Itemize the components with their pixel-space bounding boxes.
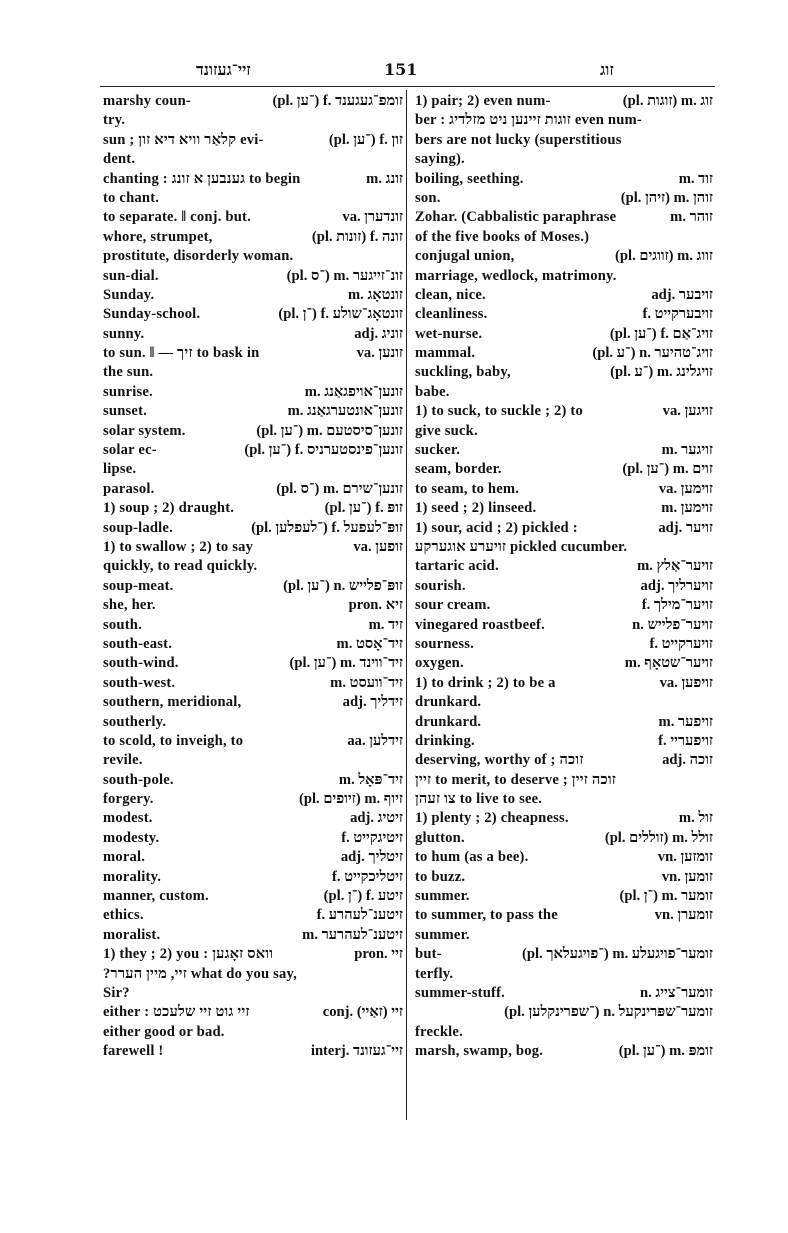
entry-continuation: either good or bad. — [103, 1023, 403, 1042]
dictionary-entry: south-wind.זיד־ווינד .m (־ען .pl) — [103, 654, 403, 673]
entry-continuation: ber : זוגות זיינען ניט מזלדיג even num- — [415, 111, 713, 130]
entry-headword: זיטע .f (־ן .pl) — [324, 887, 403, 906]
dictionary-entry: deserving, worthy of ; זוכהזוכה .adj — [415, 751, 713, 770]
continuation-text: זיין to merit, to deserve ; זוכה זיין — [415, 771, 616, 790]
entry-headword: זוים .m (־ען .pl) — [622, 460, 713, 479]
entry-definition: son. — [415, 189, 441, 208]
dictionary-entry: mammal.זויג־טהיער .n (־ע .pl) — [415, 344, 713, 363]
entry-continuation: ?זיי, מיין הערר what do you say, — [103, 965, 403, 984]
dictionary-entry: to buzz.זומען .vn — [415, 868, 713, 887]
entry-definition: manner, custom. — [103, 887, 209, 906]
dictionary-entry: 1) to swallow ; 2) to sayזופען .va — [103, 538, 403, 557]
entry-headword: זונטאָג .m — [348, 286, 403, 305]
continuation-text: freckle. — [415, 1023, 463, 1042]
entry-definition: glutton. — [415, 829, 465, 848]
continuation-text: give suck. — [415, 422, 478, 441]
dictionary-entry: but-זומער־פויגעלע .m (־פויגעלאך .pl) — [415, 945, 713, 964]
entry-definition: summer-stuff. — [415, 984, 505, 1003]
dictionary-entry: drinking.זויפעריי .f — [415, 732, 713, 751]
entry-continuation: of the five books of Moses.) — [415, 228, 713, 247]
continuation-text: bers are not lucky (superstitious — [415, 131, 622, 150]
entry-headword: זויפען .va — [660, 674, 713, 693]
entry-headword: זוימען .va — [659, 480, 713, 499]
entry-headword: זויבער .adj — [651, 286, 713, 305]
dictionary-entry: sunny.זוניג .adj — [103, 325, 403, 344]
entry-definition: suckling, baby, — [415, 363, 511, 382]
entry-headword: זויער־מילך .f — [642, 596, 713, 615]
entry-headword: זויפעריי .f — [658, 732, 713, 751]
dictionary-entry: 1) to suck, to suckle ; 2) toזויגען .va — [415, 402, 713, 421]
dictionary-entry: vinegared roastbeef.זויער־פלייש .n — [415, 616, 713, 635]
entry-headword: זוהן .m (זיהן .pl) — [621, 189, 713, 208]
dictionary-entry: sourness.זויערקייט .f — [415, 635, 713, 654]
dictionary-entry: suckling, baby,זויגלינג .m (־ע .pl) — [415, 363, 713, 382]
dictionary-entry: tartaric acid.זויער־אַלץ .m — [415, 557, 713, 576]
dictionary-entry: parasol.זונען־שירם .m (־ס .pl) — [103, 480, 403, 499]
dictionary-entry: sunrise.זונען־אויפגאַנג .m — [103, 383, 403, 402]
entry-headword: זומערן .vn — [655, 906, 713, 925]
dictionary-entry: clean, nice.זויבער .adj — [415, 286, 713, 305]
dictionary-entry: forgery.זיוף .m (זיופים .pl) — [103, 790, 403, 809]
entry-continuation: southerly. — [103, 713, 403, 732]
entry-headword: זונדערן .va — [342, 208, 403, 227]
entry-headword: זונען .va — [357, 344, 403, 363]
entry-continuation: זיין to merit, to deserve ; זוכה זיין — [415, 771, 713, 790]
dictionary-entry: sucker.זויגער .m — [415, 441, 713, 460]
dictionary-entry: south-pole.זיד־פּאָל .m — [103, 771, 403, 790]
entry-definition: but- — [415, 945, 442, 964]
entry-definition: she, her. — [103, 596, 156, 615]
entry-headword: זויגער .m — [662, 441, 713, 460]
entry-definition: drinking. — [415, 732, 475, 751]
entry-definition: to buzz. — [415, 868, 465, 887]
dictionary-entry: Zohar. (Cabbalistic paraphraseזוהר .m — [415, 208, 713, 227]
entry-headword: זול .m — [679, 809, 713, 828]
entry-definition: sucker. — [415, 441, 460, 460]
entry-definition: Zohar. (Cabbalistic paraphrase — [415, 208, 616, 227]
entry-headword: זומער־פויגעלע .m (־פויגעלאך .pl) — [522, 945, 713, 964]
entry-definition: drunkard. — [415, 713, 481, 732]
entry-headword: זונג .m — [366, 170, 403, 189]
dictionary-entry: wet-nurse.זויג־אַם .f (־ען .pl) — [415, 325, 713, 344]
entry-continuation: drunkard. — [415, 693, 713, 712]
dictionary-entry: soup-ladle.זופּ־לעפעל .f (־לעפלען .pl) — [103, 519, 403, 538]
dictionary-entry: oxygen.זויער־שטאָף .m — [415, 654, 713, 673]
entry-definition: to separate. ‖ conj. but. — [103, 208, 251, 227]
entry-headword: זווג .m (זווגים .pl) — [615, 247, 713, 266]
dictionary-entry: sun ; קלאַר וויא דיא זון evi-זון .f (־ען… — [103, 131, 403, 150]
right-guide-word: זוג — [600, 60, 614, 80]
dictionary-entry: seam, border.זוים .m (־ען .pl) — [415, 460, 713, 479]
entry-headword: זומען .vn — [662, 868, 713, 887]
entry-headword: זון .f (־ען .pl) — [329, 131, 403, 150]
entry-headword: זופען .va — [353, 538, 403, 557]
entry-definition: Sunday. — [103, 286, 154, 305]
entry-headword: זויער .adj — [658, 519, 713, 538]
entry-definition: farewell ! — [103, 1042, 163, 1061]
entry-definition: to scold, to inveigh, to — [103, 732, 243, 751]
entry-continuation: saying). — [415, 150, 713, 169]
entry-continuation: lipse. — [103, 460, 403, 479]
entry-definition: 1) plenty ; 2) cheapness. — [415, 809, 569, 828]
dictionary-entry: morality.זיטליכקייט .f — [103, 868, 403, 887]
dictionary-entry: either : זיי גוט זיי שלעכטזיי (זאַיי) .c… — [103, 1003, 403, 1022]
entry-definition: to seam, to hem. — [415, 480, 519, 499]
dictionary-entry: moralist.זיטענ־לעהרער .m — [103, 926, 403, 945]
entry-definition: 1) seed ; 2) linseed. — [415, 499, 536, 518]
dictionary-entry: chanting : גענבען א זונג to beginזונג .m — [103, 170, 403, 189]
dictionary-entry: boiling, seething.זוד .m — [415, 170, 713, 189]
entry-definition: wet-nurse. — [415, 325, 482, 344]
entry-headword: זיטיג .adj — [350, 809, 403, 828]
entry-headword: זומער־שפּרינקעל .n (־שפרינקלען .pl) — [504, 1003, 713, 1022]
entry-continuation: give suck. — [415, 422, 713, 441]
dictionary-entry: marshy coun-זומפ־געגענד .f (־ען .pl) — [103, 92, 403, 111]
entry-continuation: זויערע אוגערקע pickled cucumber. — [415, 538, 713, 557]
entry-headword: זויג־אַם .f (־ען .pl) — [610, 325, 713, 344]
entry-headword: זופּ־פלייש .n (־ען .pl) — [283, 577, 403, 596]
entry-headword: זיטענ־לעהרע .f — [317, 906, 403, 925]
dictionary-entry: to sun. ‖ — זיך to bask inזונען .va — [103, 344, 403, 363]
dictionary-entry: solar ec-זונען־פינסטערניס .f (־ען .pl) — [103, 441, 403, 460]
entry-headword: זידלען .aa — [347, 732, 403, 751]
dictionary-entry: conjugal union,זווג .m (זווגים .pl) — [415, 247, 713, 266]
entry-definition: sourish. — [415, 577, 466, 596]
entry-definition: forgery. — [103, 790, 154, 809]
entry-headword: זוניג .adj — [354, 325, 403, 344]
entry-headword: זויג־טהיער .n (־ע .pl) — [592, 344, 713, 363]
entry-definition: Sunday-school. — [103, 305, 200, 324]
entry-headword: זיי .pron — [354, 945, 403, 964]
dictionary-entry: 1) sour, acid ; 2) pickled :זויער .adj — [415, 519, 713, 538]
continuation-text: saying). — [415, 150, 465, 169]
entry-definition: 1) to drink ; 2) to be a — [415, 674, 556, 693]
entry-headword: זומער .m (־ן .pl) — [619, 887, 713, 906]
dictionary-entry: 1) soup ; 2) draught.זופּ .f (־ען .pl) — [103, 499, 403, 518]
dictionary-entry: south.זיד .m — [103, 616, 403, 635]
dictionary-entry: southern, meridional,זידליך .adj — [103, 693, 403, 712]
entry-headword: זופּ־לעפעל .f (־לעפלען .pl) — [251, 519, 403, 538]
entry-headword: זיטיגקייט .f — [341, 829, 403, 848]
dictionary-entry: summer.זומער .m (־ן .pl) — [415, 887, 713, 906]
entry-headword: זויער־אַלץ .m — [637, 557, 713, 576]
dictionary-entry: 1) to drink ; 2) to be aזויפען .va — [415, 674, 713, 693]
entry-definition: whore, strumpet, — [103, 228, 213, 247]
entry-headword: זונען־סיסטעם .m (־ען .pl) — [256, 422, 403, 441]
entry-headword: זוכה .adj — [662, 751, 713, 770]
entry-definition: south-wind. — [103, 654, 179, 673]
dictionary-entry: modesty.זיטיגקייט .f — [103, 829, 403, 848]
entry-definition: modesty. — [103, 829, 159, 848]
entry-headword: זויבערקייט .f — [642, 305, 713, 324]
continuation-text: of the five books of Moses.) — [415, 228, 589, 247]
entry-definition: soup-ladle. — [103, 519, 173, 538]
entry-definition: to summer, to pass the — [415, 906, 558, 925]
continuation-text: terfly. — [415, 965, 453, 984]
entry-headword: זוימען .m — [661, 499, 713, 518]
continuation-text: revile. — [103, 751, 143, 770]
entry-headword: זונ־זייגער .m (־ס .pl) — [287, 267, 403, 286]
entry-headword: זומער־צייג .n — [640, 984, 713, 1003]
entry-definition: sunrise. — [103, 383, 153, 402]
entry-definition: tartaric acid. — [415, 557, 499, 576]
entry-definition: 1) sour, acid ; 2) pickled : — [415, 519, 578, 538]
entry-definition: to hum (as a bee). — [415, 848, 528, 867]
continuation-text: prostitute, disorderly woman. — [103, 247, 293, 266]
entry-continuation: terfly. — [415, 965, 713, 984]
entry-definition: sun ; קלאַר וויא דיא זון evi- — [103, 131, 264, 150]
continuation-text: babe. — [415, 383, 450, 402]
dictionary-entry: south-east.זיד־אָסט .m — [103, 635, 403, 654]
dictionary-entry: to separate. ‖ conj. but.זונדערן .va — [103, 208, 403, 227]
dictionary-entry: summer-stuff.זומער־צייג .n — [415, 984, 713, 1003]
entry-definition: marsh, swamp, bog. — [415, 1042, 543, 1061]
entry-headword: זומזען .vn — [658, 848, 713, 867]
continuation-text: Sir? — [103, 984, 130, 1003]
dictionary-entry: Sunday-school.זונטאָג־שולע .f (־ן .pl) — [103, 305, 403, 324]
entry-headword: זונען־פינסטערניס .f (־ען .pl) — [244, 441, 403, 460]
continuation-text: try. — [103, 111, 125, 130]
dictionary-entry: 1) pair; 2) even num-זוג .m (זוגות .pl) — [415, 92, 713, 111]
dictionary-entry: Sunday.זונטאָג .m — [103, 286, 403, 305]
entry-headword: זויגלינג .m (־ע .pl) — [610, 363, 713, 382]
entry-headword: זיד־אָסט .m — [337, 635, 403, 654]
entry-headword: זוג .m (זוגות .pl) — [623, 92, 713, 111]
entry-definition: 1) to swallow ; 2) to say — [103, 538, 253, 557]
entry-definition: modest. — [103, 809, 153, 828]
dictionary-entry: 1) seed ; 2) linseed.זוימען .m — [415, 499, 713, 518]
left-column: marshy coun-זומפ־געגענד .f (־ען .pl)try.… — [103, 92, 403, 1062]
dictionary-entry: farewell !זיי־געזונד .interj — [103, 1042, 403, 1061]
entry-definition: summer. — [415, 887, 470, 906]
entry-definition: south-pole. — [103, 771, 174, 790]
left-guide-word: זיי־געזונד — [196, 60, 251, 80]
entry-headword: זויער־פלייש .n — [632, 616, 713, 635]
entry-headword: זונען־שירם .m (־ס .pl) — [276, 480, 403, 499]
page-header: זיי־געזונד 151 זוג — [100, 58, 715, 87]
entry-continuation: bers are not lucky (superstitious — [415, 131, 713, 150]
entry-headword: זיטליך .adj — [341, 848, 403, 867]
entry-headword: זוד .m — [679, 170, 713, 189]
entry-definition: to sun. ‖ — זיך to bask in — [103, 344, 259, 363]
entry-headword: זופּ .f (־ען .pl) — [325, 499, 403, 518]
entry-headword: זיד־ווינד .m (־ען .pl) — [290, 654, 403, 673]
entry-definition: south-west. — [103, 674, 175, 693]
entry-definition: 1) to suck, to suckle ; 2) to — [415, 402, 583, 421]
dictionary-entry: 1) they ; 2) you : וואס זאָגעןזיי .pron — [103, 945, 403, 964]
continuation-text: ?זיי, מיין הערר what do you say, — [103, 965, 297, 984]
entry-definition: soup-meat. — [103, 577, 174, 596]
dictionary-entry: cleanliness.זויבערקייט .f — [415, 305, 713, 324]
entry-definition: 1) pair; 2) even num- — [415, 92, 551, 111]
entry-definition: solar ec- — [103, 441, 157, 460]
entry-definition: 1) they ; 2) you : וואס זאָגען — [103, 945, 273, 964]
dictionary-entry: glutton.זולל .m (זוללים .pl) — [415, 829, 713, 848]
entry-definition: chanting : גענבען א זונג to begin — [103, 170, 301, 189]
entry-definition: vinegared roastbeef. — [415, 616, 545, 635]
entry-definition: morality. — [103, 868, 161, 887]
entry-continuation: summer. — [415, 926, 713, 945]
entry-headword: זיטליכקייט .f — [332, 868, 403, 887]
continuation-text: the sun. — [103, 363, 153, 382]
entry-headword: זידליך .adj — [343, 693, 403, 712]
dictionary-entry: sour cream.זויער־מילך .f — [415, 596, 713, 615]
continuation-text: southerly. — [103, 713, 166, 732]
entry-continuation: prostitute, disorderly woman. — [103, 247, 403, 266]
column-divider — [406, 90, 407, 1120]
continuation-text: marriage, wedlock, matrimony. — [415, 267, 617, 286]
entry-continuation: revile. — [103, 751, 403, 770]
dictionary-entry: sun-dial.זונ־זייגער .m (־ס .pl) — [103, 267, 403, 286]
continuation-text: צו זעהן to live to see. — [415, 790, 542, 809]
dictionary-entry: solar system.זונען־סיסטעם .m (־ען .pl) — [103, 422, 403, 441]
entry-definition: either : זיי גוט זיי שלעכט — [103, 1003, 250, 1022]
entry-definition: south. — [103, 616, 142, 635]
continuation-text: drunkard. — [415, 693, 481, 712]
entry-headword: זומפ־געגענד .f (־ען .pl) — [273, 92, 404, 111]
dictionary-entry: moral.זיטליך .adj — [103, 848, 403, 867]
dictionary-entry: whore, strumpet,זונה .f (זונות .pl) — [103, 228, 403, 247]
entry-continuation: the sun. — [103, 363, 403, 382]
entry-definition: sourness. — [415, 635, 474, 654]
entry-definition: 1) soup ; 2) draught. — [103, 499, 234, 518]
entry-headword: זיד .m — [369, 616, 403, 635]
dictionary-entry: to scold, to inveigh, toזידלען .aa — [103, 732, 403, 751]
entry-headword: זונען־אונטערגאַנג .m — [288, 402, 403, 421]
entry-definition: moral. — [103, 848, 145, 867]
entry-continuation: dent. — [103, 150, 403, 169]
entry-headword: זיי־געזונד .interj — [311, 1042, 403, 1061]
entry-definition: conjugal union, — [415, 247, 515, 266]
entry-headword: זיוף .m (זיופים .pl) — [299, 790, 403, 809]
continuation-text: ber : זוגות זיינען ניט מזלדיג even num- — [415, 111, 642, 130]
entry-definition: sunset. — [103, 402, 147, 421]
entry-continuation: Sir? — [103, 984, 403, 1003]
entry-definition: deserving, worthy of ; זוכה — [415, 751, 584, 770]
entry-headword: זיטענ־לעהרער .m — [302, 926, 403, 945]
dictionary-entry: drunkard.זויפער .m — [415, 713, 713, 732]
dictionary-entry: she, her.זיא .pron — [103, 596, 403, 615]
entry-continuation: try. — [103, 111, 403, 130]
entry-continuation: freckle. — [415, 1023, 713, 1042]
entry-definition: boiling, seething. — [415, 170, 524, 189]
continuation-text: either good or bad. — [103, 1023, 225, 1042]
entry-definition: sunny. — [103, 325, 144, 344]
entry-headword: זונה .f (זונות .pl) — [312, 228, 403, 247]
entry-headword: זויערליך .adj — [641, 577, 713, 596]
entry-continuation: quickly, to read quickly. — [103, 557, 403, 576]
dictionary-entry: sunset.זונען־אונטערגאַנג .m — [103, 402, 403, 421]
dictionary-entry: sourish.זויערליך .adj — [415, 577, 713, 596]
dictionary-entry: זומער־שפּרינקעל .n (־שפרינקלען .pl) — [415, 1003, 713, 1022]
entry-headword: זיד־פּאָל .m — [339, 771, 403, 790]
entry-headword: זויפער .m — [659, 713, 713, 732]
entry-headword: זולל .m (זוללים .pl) — [605, 829, 713, 848]
entry-continuation: צו זעהן to live to see. — [415, 790, 713, 809]
dictionary-entry: ethics.זיטענ־לעהרע .f — [103, 906, 403, 925]
dictionary-entry: 1) plenty ; 2) cheapness.זול .m — [415, 809, 713, 828]
entry-continuation: to chant. — [103, 189, 403, 208]
entry-headword: זיד־וועסט .m — [330, 674, 403, 693]
entry-definition: sour cream. — [415, 596, 490, 615]
entry-definition: moralist. — [103, 926, 160, 945]
dictionary-entry: modest.זיטיג .adj — [103, 809, 403, 828]
entry-headword: זיי (זאַיי) .conj — [323, 1003, 403, 1022]
entry-definition: south-east. — [103, 635, 172, 654]
entry-continuation: babe. — [415, 383, 713, 402]
entry-definition: clean, nice. — [415, 286, 486, 305]
entry-definition: cleanliness. — [415, 305, 488, 324]
entry-definition: solar system. — [103, 422, 186, 441]
entry-headword: זיא .pron — [349, 596, 403, 615]
dictionary-entry: soup-meat.זופּ־פלייש .n (־ען .pl) — [103, 577, 403, 596]
continuation-text: lipse. — [103, 460, 136, 479]
page-number: 151 — [384, 60, 417, 79]
dictionary-entry: to hum (as a bee).זומזען .vn — [415, 848, 713, 867]
entry-headword: זויערקייט .f — [649, 635, 713, 654]
dictionary-entry: south-west.זיד־וועסט .m — [103, 674, 403, 693]
entry-headword: זויגען .va — [663, 402, 713, 421]
entry-definition: ethics. — [103, 906, 144, 925]
entry-headword: זוהר .m — [670, 208, 713, 227]
dictionary-entry: son.זוהן .m (זיהן .pl) — [415, 189, 713, 208]
dictionary-entry: to seam, to hem.זוימען .va — [415, 480, 713, 499]
right-column: 1) pair; 2) even num-זוג .m (זוגות .pl)b… — [415, 92, 713, 1062]
entry-headword: זומפּ .m (־ען .pl) — [619, 1042, 713, 1061]
entry-definition: marshy coun- — [103, 92, 191, 111]
dictionary-entry: to summer, to pass theזומערן .vn — [415, 906, 713, 925]
continuation-text: to chant. — [103, 189, 159, 208]
entry-definition: oxygen. — [415, 654, 464, 673]
entry-definition: mammal. — [415, 344, 475, 363]
dictionary-entry: manner, custom.זיטע .f (־ן .pl) — [103, 887, 403, 906]
entry-definition: seam, border. — [415, 460, 502, 479]
continuation-text: quickly, to read quickly. — [103, 557, 257, 576]
continuation-text: dent. — [103, 150, 135, 169]
entry-headword: זויער־שטאָף .m — [625, 654, 713, 673]
entry-headword: זונטאָג־שולע .f (־ן .pl) — [278, 305, 403, 324]
continuation-text: זויערע אוגערקע pickled cucumber. — [415, 538, 627, 557]
continuation-text: summer. — [415, 926, 470, 945]
entry-definition: parasol. — [103, 480, 154, 499]
dictionary-entry: marsh, swamp, bog.זומפּ .m (־ען .pl) — [415, 1042, 713, 1061]
entry-continuation: marriage, wedlock, matrimony. — [415, 267, 713, 286]
entry-headword: זונען־אויפגאַנג .m — [305, 383, 403, 402]
entry-definition: sun-dial. — [103, 267, 159, 286]
entry-definition: southern, meridional, — [103, 693, 241, 712]
